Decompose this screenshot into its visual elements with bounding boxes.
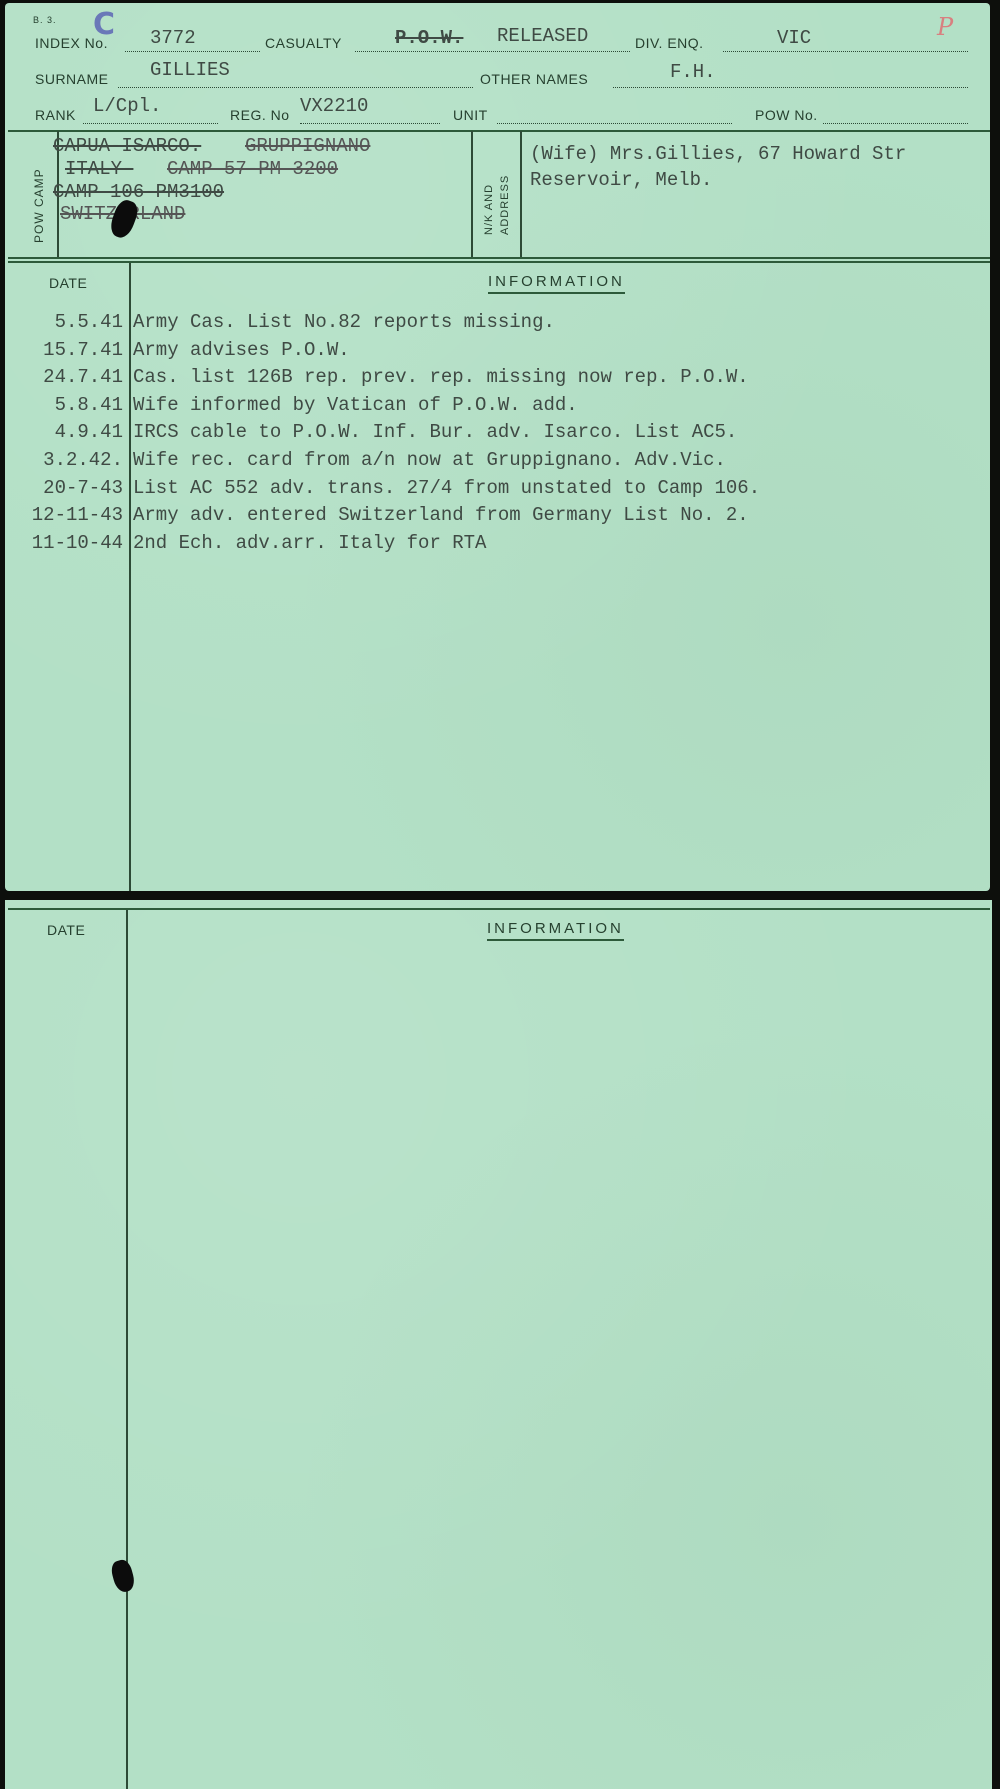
div-enq-dots — [723, 51, 968, 52]
reg-no-dots — [300, 123, 440, 124]
casualty-dots — [355, 51, 630, 52]
log-entry-info: List AC 552 adv. trans. 27/4 from unstat… — [133, 477, 760, 499]
log-entry-info: Cas. list 126B rep. prev. rep. missing n… — [133, 366, 749, 388]
nok-left-divider — [471, 131, 473, 257]
log-entry-date: 5.8.41 — [5, 394, 123, 416]
log-entry-info: Army Cas. List No.82 reports missing. — [133, 311, 555, 333]
back-date-column-header: DATE — [47, 922, 85, 938]
record-card-front: B. 3. C P INDEX No. 3772 CASUALTY P.O.W.… — [5, 3, 990, 891]
log-entry-date: 15.7.41 — [5, 339, 123, 361]
log-entry-date: 20-7-43 — [5, 477, 123, 499]
pow-camp-line-2a: ITALY- — [65, 158, 133, 180]
pow-camp-line-2b: CAMP 57-PM 3200 — [167, 158, 338, 180]
block-divider-1 — [8, 257, 990, 259]
form-code: B. 3. — [33, 15, 57, 25]
pow-camp-line-1b: GRUPPIGNANO — [245, 135, 370, 157]
date-column-divider — [129, 263, 131, 891]
block-divider-2 — [8, 261, 990, 263]
information-column-header: INFORMATION — [488, 273, 625, 294]
casualty-value: RELEASED — [497, 25, 588, 47]
reg-no-value: VX2210 — [300, 95, 368, 117]
back-date-column-divider — [126, 910, 128, 1789]
record-card-back: DATE INFORMATION — [5, 900, 992, 1789]
log-entry-date: 12-11-43 — [5, 504, 123, 526]
rank-value: L/Cpl. — [93, 95, 161, 117]
other-names-value: F.H. — [670, 61, 716, 83]
index-no-dots — [125, 51, 260, 52]
log-entry-info: Wife rec. card from a/n now at Gruppigna… — [133, 449, 726, 471]
back-information-column-header: INFORMATION — [487, 920, 624, 941]
nok-label-line2: ADDRESS — [499, 175, 511, 235]
div-enq-label: DIV. ENQ. — [635, 35, 704, 51]
pow-camp-line-3: CAMP 106-PM3100 — [53, 181, 224, 203]
log-entry-info: Wife informed by Vatican of P.O.W. add. — [133, 394, 578, 416]
rank-dots — [83, 123, 218, 124]
div-enq-value: VIC — [777, 27, 811, 49]
pow-no-dots — [823, 123, 968, 124]
surname-dots — [118, 87, 473, 88]
date-column-header: DATE — [49, 275, 87, 291]
log-entry-date: 4.9.41 — [5, 421, 123, 443]
log-entry-date: 11-10-44 — [5, 532, 123, 554]
pow-camp-label: POW CAMP — [32, 168, 46, 243]
log-entry-info: 2nd Ech. adv.arr. Italy for RTA — [133, 532, 486, 554]
nok-label-line1: N/K AND — [483, 184, 495, 235]
casualty-struck-value: P.O.W. — [395, 27, 463, 49]
log-entry-info: Army adv. entered Switzerland from Germa… — [133, 504, 749, 526]
nok-address-line-1: (Wife) Mrs.Gillies, 67 Howard Str — [530, 143, 906, 165]
surname-value: GILLIES — [150, 59, 230, 81]
surname-label: SURNAME — [35, 71, 109, 87]
log-entry-date: 5.5.41 — [5, 311, 123, 333]
rank-label: RANK — [35, 107, 76, 123]
nok-address-line-2: Reservoir, Melb. — [530, 169, 712, 191]
pow-no-label: POW No. — [755, 107, 818, 123]
index-no-label: INDEX No. — [35, 35, 108, 51]
unit-label: UNIT — [453, 107, 488, 123]
punch-hole-bottom — [109, 1558, 137, 1594]
log-entry-info: IRCS cable to P.O.W. Inf. Bur. adv. Isar… — [133, 421, 737, 443]
log-entry-info: Army advises P.O.W. — [133, 339, 350, 361]
log-entry-date: 3.2.42. — [5, 449, 123, 471]
pencil-p-mark: P — [937, 13, 953, 41]
other-names-label: OTHER NAMES — [480, 71, 588, 87]
unit-dots — [497, 123, 732, 124]
back-top-divider — [8, 908, 990, 910]
other-names-dots — [613, 87, 968, 88]
reg-no-label: REG. No — [230, 107, 290, 123]
nok-right-divider — [520, 131, 522, 257]
pow-camp-line-1a: CAPUA-ISARCO. — [53, 135, 201, 157]
index-no-value: 3772 — [150, 27, 196, 49]
header-divider — [8, 130, 990, 132]
log-entry-date: 24.7.41 — [5, 366, 123, 388]
casualty-label: CASUALTY — [265, 35, 342, 51]
